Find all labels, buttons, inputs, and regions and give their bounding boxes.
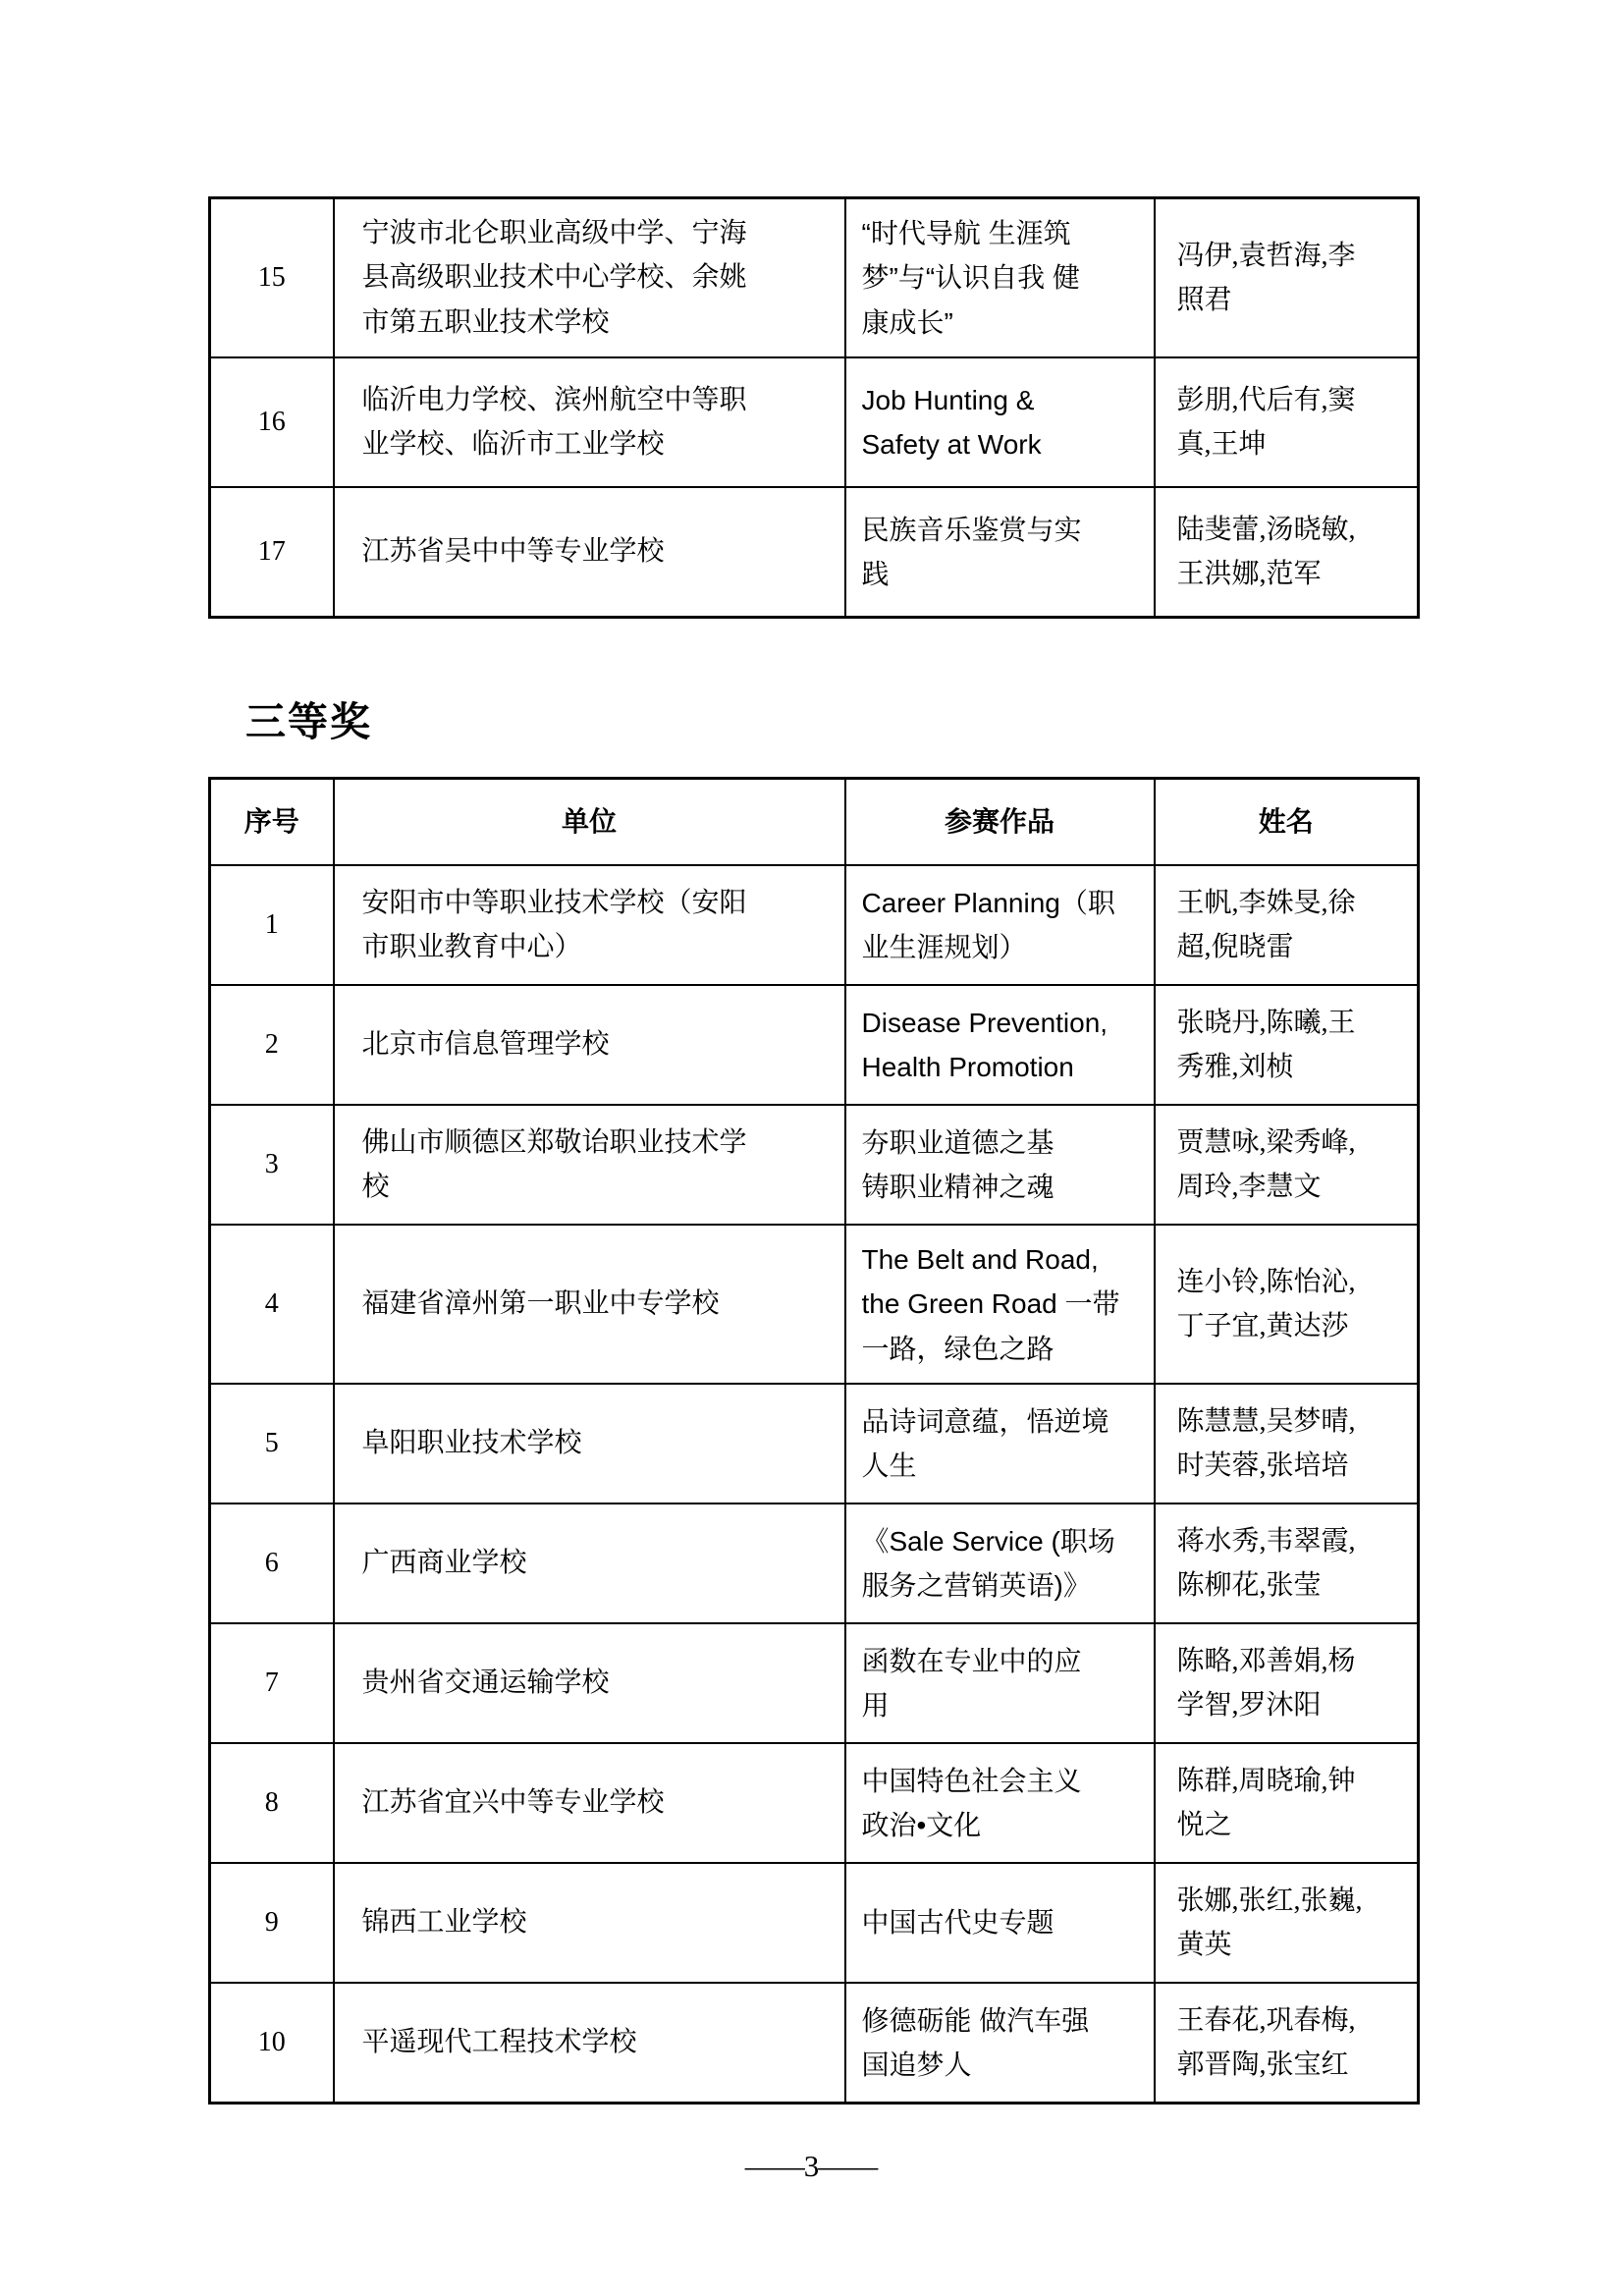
table-row: 4福建省漳州第一职业中专学校The Belt and Road, the Gre…: [210, 1225, 1419, 1384]
unit-cell: 临沂电力学校、滨州航空中等职 业学校、临沂市工业学校: [334, 357, 845, 487]
row-number-cell: 2: [210, 985, 334, 1105]
table-row: 7贵州省交通运输学校函数在专业中的应 用陈略,邓善娟,杨学智,罗沐阳: [210, 1623, 1419, 1743]
names-cell: 冯伊,袁哲海,李照君: [1155, 198, 1419, 358]
work-cell: 函数在专业中的应 用: [845, 1623, 1155, 1743]
names-cell: 连小铃,陈怡沁,丁子宜,黄达莎: [1155, 1225, 1419, 1384]
unit-cell: 安阳市中等职业技术学校（安阳 市职业教育中心）: [334, 865, 845, 985]
header-cell-number: 序号: [210, 779, 334, 866]
work-cell: Career Planning（职 业生涯规划）: [845, 865, 1155, 985]
row-number-cell: 16: [210, 357, 334, 487]
header-cell-unit: 单位: [334, 779, 845, 866]
header-cell-work: 参赛作品: [845, 779, 1155, 866]
table-row: 16临沂电力学校、滨州航空中等职 业学校、临沂市工业学校Job Hunting …: [210, 357, 1419, 487]
row-number-cell: 17: [210, 487, 334, 618]
table-row: 5阜阳职业技术学校品诗词意蕴，悟逆境 人生陈慧慧,吴梦晴,时芙蓉,张培培: [210, 1384, 1419, 1503]
row-number-cell: 10: [210, 1983, 334, 2104]
table-row: 15宁波市北仑职业高级中学、宁海 县高级职业技术中心学校、余姚 市第五职业技术学…: [210, 198, 1419, 358]
work-cell: 《Sale Service (职场 服务之营销英语)》: [845, 1503, 1155, 1623]
page-number: ——3——: [0, 2149, 1622, 2184]
names-cell: 彭朋,代后有,窦真,王坤: [1155, 357, 1419, 487]
row-number-cell: 1: [210, 865, 334, 985]
work-cell: “时代导航 生涯筑 梦”与“认识自我 健 康成长”: [845, 198, 1155, 358]
unit-cell: 阜阳职业技术学校: [334, 1384, 845, 1503]
row-number-cell: 6: [210, 1503, 334, 1623]
row-number-cell: 5: [210, 1384, 334, 1503]
table-row: 17江苏省吴中中等专业学校民族音乐鉴赏与实 践陆斐蕾,汤晓敏,王洪娜,范军: [210, 487, 1419, 618]
work-cell: 品诗词意蕴，悟逆境 人生: [845, 1384, 1155, 1503]
work-cell: 中国古代史专题: [845, 1863, 1155, 1983]
names-cell: 张娜,张红,张巍,黄英: [1155, 1863, 1419, 1983]
table-row: 1安阳市中等职业技术学校（安阳 市职业教育中心）Career Planning（…: [210, 865, 1419, 985]
work-cell: 夯职业道德之基 铸职业精神之魂: [845, 1105, 1155, 1225]
unit-cell: 锦西工业学校: [334, 1863, 845, 1983]
work-cell: Job Hunting & Safety at Work: [845, 357, 1155, 487]
row-number-cell: 15: [210, 198, 334, 358]
table-row: 10平遥现代工程技术学校修德砺能 做汽车强 国追梦人王春花,巩春梅,郭晋陶,张宝…: [210, 1983, 1419, 2104]
names-cell: 蒋水秀,韦翠霞,陈柳花,张莹: [1155, 1503, 1419, 1623]
third-prize-table: 序号 单位 参赛作品 姓名 1安阳市中等职业技术学校（安阳 市职业教育中心）Ca…: [208, 777, 1420, 2105]
unit-cell: 江苏省宜兴中等专业学校: [334, 1743, 845, 1863]
row-number-cell: 9: [210, 1863, 334, 1983]
names-cell: 王帆,李姝旻,徐超,倪晓雷: [1155, 865, 1419, 985]
unit-cell: 江苏省吴中中等专业学校: [334, 487, 845, 618]
document-page: 15宁波市北仑职业高级中学、宁海 县高级职业技术中心学校、余姚 市第五职业技术学…: [0, 0, 1622, 2296]
work-cell: The Belt and Road, the Green Road 一带 一路，…: [845, 1225, 1155, 1384]
unit-cell: 宁波市北仑职业高级中学、宁海 县高级职业技术中心学校、余姚 市第五职业技术学校: [334, 198, 845, 358]
work-cell: Disease Prevention, Health Promotion: [845, 985, 1155, 1105]
third-prize-table-header: 序号 单位 参赛作品 姓名: [210, 779, 1419, 866]
second-prize-table-body: 15宁波市北仑职业高级中学、宁海 县高级职业技术中心学校、余姚 市第五职业技术学…: [210, 198, 1419, 618]
unit-cell: 福建省漳州第一职业中专学校: [334, 1225, 845, 1384]
row-number-cell: 7: [210, 1623, 334, 1743]
names-cell: 张晓丹,陈曦,王秀雅,刘桢: [1155, 985, 1419, 1105]
header-cell-names: 姓名: [1155, 779, 1419, 866]
row-number-cell: 8: [210, 1743, 334, 1863]
names-cell: 贾慧咏,梁秀峰,周玲,李慧文: [1155, 1105, 1419, 1225]
names-cell: 陈慧慧,吴梦晴,时芙蓉,张培培: [1155, 1384, 1419, 1503]
unit-cell: 佛山市顺德区郑敬诒职业技术学 校: [334, 1105, 845, 1225]
second-prize-table-continued: 15宁波市北仑职业高级中学、宁海 县高级职业技术中心学校、余姚 市第五职业技术学…: [208, 196, 1420, 619]
work-cell: 民族音乐鉴赏与实 践: [845, 487, 1155, 618]
names-cell: 王春花,巩春梅,郭晋陶,张宝红: [1155, 1983, 1419, 2104]
header-row: 序号 单位 参赛作品 姓名: [210, 779, 1419, 866]
unit-cell: 平遥现代工程技术学校: [334, 1983, 845, 2104]
section-heading-third-prize: 三等奖: [245, 689, 1417, 747]
table-row: 8江苏省宜兴中等专业学校中国特色社会主义 政治•文化陈群,周晓瑜,钟悦之: [210, 1743, 1419, 1863]
row-number-cell: 3: [210, 1105, 334, 1225]
names-cell: 陈群,周晓瑜,钟悦之: [1155, 1743, 1419, 1863]
names-cell: 陈略,邓善娟,杨学智,罗沐阳: [1155, 1623, 1419, 1743]
table-row: 9锦西工业学校中国古代史专题张娜,张红,张巍,黄英: [210, 1863, 1419, 1983]
third-prize-table-body: 1安阳市中等职业技术学校（安阳 市职业教育中心）Career Planning（…: [210, 865, 1419, 2104]
table-row: 2北京市信息管理学校Disease Prevention, Health Pro…: [210, 985, 1419, 1105]
names-cell: 陆斐蕾,汤晓敏,王洪娜,范军: [1155, 487, 1419, 618]
page-content: 15宁波市北仑职业高级中学、宁海 县高级职业技术中心学校、余姚 市第五职业技术学…: [208, 196, 1417, 2105]
work-cell: 修德砺能 做汽车强 国追梦人: [845, 1983, 1155, 2104]
work-cell: 中国特色社会主义 政治•文化: [845, 1743, 1155, 1863]
table-row: 3佛山市顺德区郑敬诒职业技术学 校夯职业道德之基 铸职业精神之魂贾慧咏,梁秀峰,…: [210, 1105, 1419, 1225]
unit-cell: 贵州省交通运输学校: [334, 1623, 845, 1743]
row-number-cell: 4: [210, 1225, 334, 1384]
unit-cell: 广西商业学校: [334, 1503, 845, 1623]
table-row: 6广西商业学校《Sale Service (职场 服务之营销英语)》蒋水秀,韦翠…: [210, 1503, 1419, 1623]
unit-cell: 北京市信息管理学校: [334, 985, 845, 1105]
